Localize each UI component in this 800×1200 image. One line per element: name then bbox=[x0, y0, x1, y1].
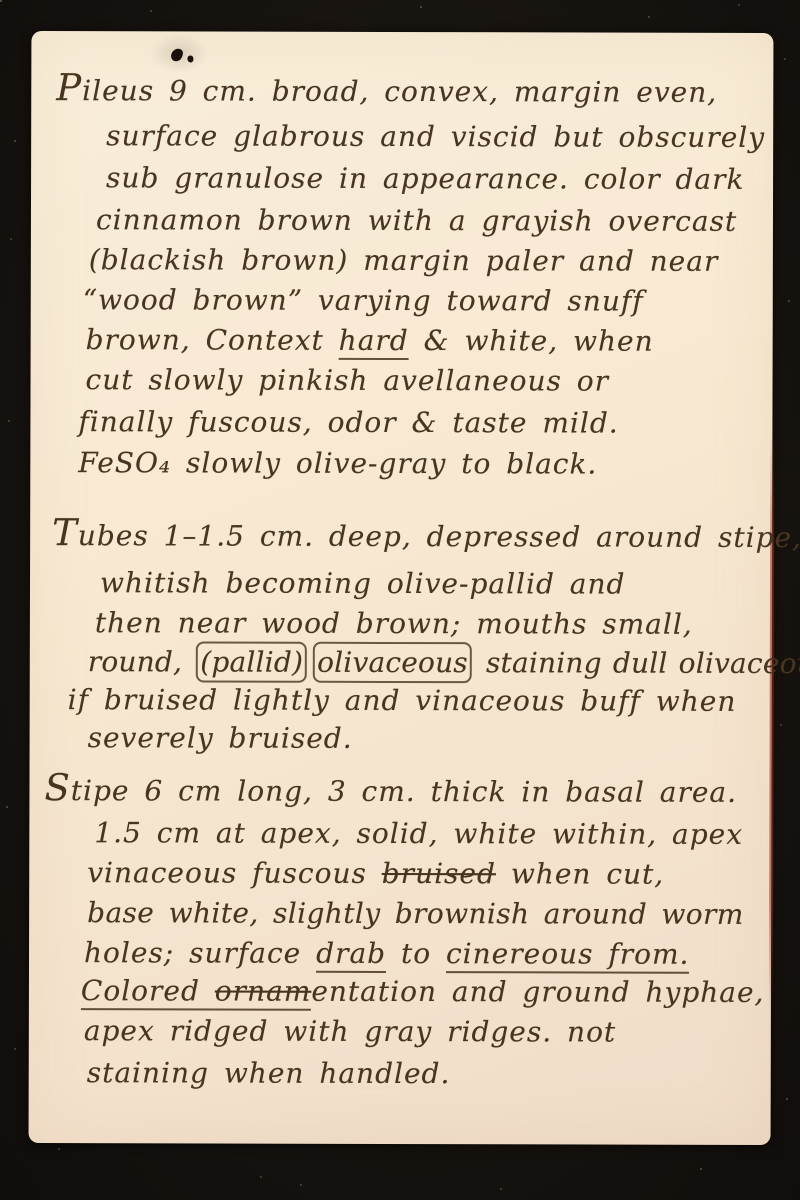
note-line: cut slowly pinkish avellaneous or bbox=[85, 363, 609, 398]
text-segment: then near wood brown; mouths small, bbox=[95, 606, 693, 641]
note-line: if bruised lightly and vinaceous buff wh… bbox=[68, 683, 737, 719]
note-line: 1.5 cm at apex, solid, white within, ape… bbox=[94, 816, 743, 852]
note-line: staining when handled. bbox=[87, 1056, 451, 1091]
text-segment: vinaceous fuscous bbox=[87, 856, 382, 890]
text-segment: brown, Context bbox=[86, 323, 339, 357]
underlined-word: Colored bbox=[81, 974, 215, 1010]
note-line: Colored ornamentation and ground hyphae, bbox=[81, 974, 765, 1010]
note-line: sub granulose in appearance. color dark bbox=[106, 161, 745, 197]
note-line: Pileus 9 cm. broad, convex, margin even, bbox=[56, 71, 717, 110]
text-segment: “wood brown” varying toward snuff bbox=[83, 283, 644, 317]
text-segment: Pileus 9 cm. broad, convex, margin even, bbox=[56, 74, 717, 109]
text-segment: staining when handled. bbox=[87, 1056, 451, 1090]
text-segment: whitish becoming olive-pallid and bbox=[100, 566, 626, 600]
text-segment: (blackish brown) margin paler and near bbox=[89, 243, 719, 278]
text-segment: staining dull olivaceous bbox=[475, 646, 800, 680]
note-line: base white, slightly brownish around wor… bbox=[87, 896, 744, 932]
note-line: FeSO₄ slowly olive-gray to black. bbox=[78, 446, 597, 481]
note-line: Tubes 1–1.5 cm. deep, depressed around s… bbox=[52, 516, 800, 555]
note-line: apex ridged with gray ridges. not bbox=[84, 1014, 616, 1049]
text-segment: cinnamon brown with a grayish overcast bbox=[96, 203, 737, 238]
note-line: vinaceous fuscous bruised when cut, bbox=[87, 856, 664, 892]
note-line: (blackish brown) margin paler and near bbox=[89, 243, 719, 279]
underlined-word: hard bbox=[339, 324, 409, 360]
struck-word: bruised bbox=[382, 857, 496, 890]
note-line: whitish becoming olive-pallid and bbox=[100, 566, 626, 601]
text-segment: round, bbox=[88, 645, 194, 678]
underlined-word: drab bbox=[316, 937, 386, 973]
text-segment: FeSO₄ slowly olive-gray to black. bbox=[78, 446, 597, 480]
text-segment: 1.5 cm at apex, solid, white within, ape… bbox=[94, 816, 743, 851]
note-line: finally fuscous, odor & taste mild. bbox=[78, 405, 618, 440]
text-segment: apex ridged with gray ridges. not bbox=[84, 1014, 616, 1048]
note-line: severely bruised. bbox=[88, 721, 353, 756]
note-line: holes; surface drab to cinereous from. bbox=[84, 936, 689, 972]
note-line: round, (pallid)olivaceous staining dull … bbox=[88, 645, 800, 681]
text-segment: base white, slightly brownish around wor… bbox=[87, 896, 744, 931]
note-card: Pileus 9 cm. broad, convex, margin even,… bbox=[29, 31, 774, 1145]
note-line: brown, Context hard & white, when bbox=[86, 323, 654, 358]
text-segment: finally fuscous, odor & taste mild. bbox=[78, 405, 618, 439]
text-segment: surface glabrous and viscid but obscurel… bbox=[106, 119, 765, 154]
text-segment: holes; surface bbox=[84, 936, 316, 970]
underlined-phrase: cinereous from. bbox=[446, 937, 690, 974]
photo-background: Pileus 9 cm. broad, convex, margin even,… bbox=[0, 0, 800, 1200]
text-segment: entation and ground hyphae, bbox=[311, 975, 764, 1009]
note-line: cinnamon brown with a grayish overcast bbox=[96, 203, 737, 239]
text-segment: when cut, bbox=[496, 857, 664, 890]
text-segment: to bbox=[386, 937, 446, 970]
note-line: then near wood brown; mouths small, bbox=[95, 606, 693, 642]
text-segment: if bruised lightly and vinaceous buff wh… bbox=[68, 683, 737, 718]
boxed-word: olivaceous bbox=[317, 646, 468, 679]
boxed-word: (pallid) bbox=[200, 645, 303, 678]
ink-blot bbox=[187, 55, 193, 62]
text-segment: & white, when bbox=[409, 324, 654, 358]
felt-texture-specks bbox=[0, 0, 2, 2]
note-line: surface glabrous and viscid but obscurel… bbox=[106, 119, 765, 155]
note-line: Stipe 6 cm long, 3 cm. thick in basal ar… bbox=[44, 771, 737, 810]
text-segment: sub granulose in appearance. color dark bbox=[106, 161, 745, 196]
text-segment: severely bruised. bbox=[88, 721, 353, 755]
note-line: “wood brown” varying toward snuff bbox=[83, 283, 644, 318]
struck-underlined-word: ornam bbox=[215, 975, 312, 1011]
text-segment: Tubes 1–1.5 cm. deep, depressed around s… bbox=[52, 519, 800, 554]
text-segment: cut slowly pinkish avellaneous or bbox=[86, 363, 610, 397]
text-segment: Stipe 6 cm long, 3 cm. thick in basal ar… bbox=[44, 774, 737, 809]
